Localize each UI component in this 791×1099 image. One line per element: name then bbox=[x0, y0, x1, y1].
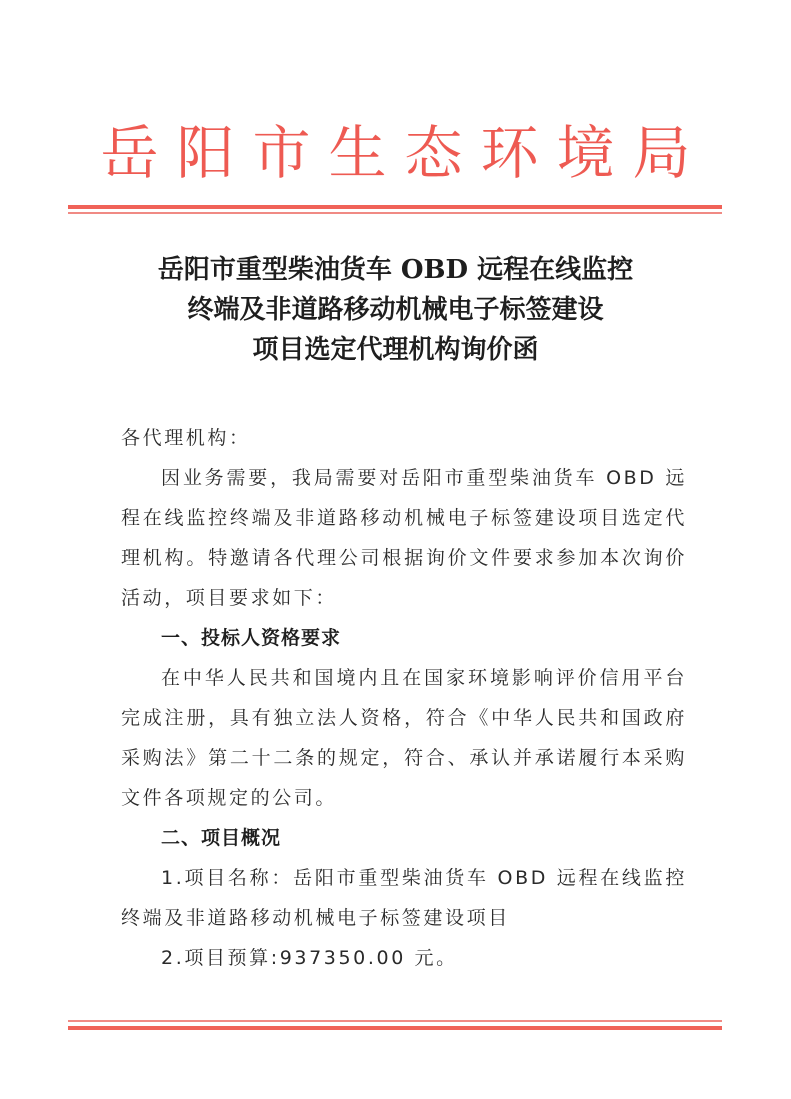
salutation: 各代理机构： bbox=[121, 418, 687, 458]
intro-paragraph: 因业务需要，我局需要对岳阳市重型柴油货车 OBD 远程在线监控终端及非道路移动机… bbox=[121, 458, 687, 618]
letterhead-rule-thick bbox=[68, 205, 722, 209]
project-budget-paragraph: 2.项目预算:937350.00 元。 bbox=[121, 938, 687, 978]
document-title-line-1: 岳阳市重型柴油货车 OBD 远程在线监控 bbox=[0, 250, 791, 290]
qualifications-paragraph: 在中华人民共和国境内且在国家环境影响评价信用平台完成注册，具有独立法人资格，符合… bbox=[121, 658, 687, 818]
document-title-line-3: 项目选定代理机构询价函 bbox=[0, 330, 791, 370]
section-heading-overview: 二、项目概况 bbox=[121, 818, 687, 858]
footer-rule-thick bbox=[68, 1026, 722, 1030]
letterhead-org-name: 岳阳市生态环境局 bbox=[0, 118, 791, 188]
letterhead-rule-thin bbox=[68, 212, 722, 214]
footer-rule-thin bbox=[68, 1020, 722, 1022]
document-body: 各代理机构： 因业务需要，我局需要对岳阳市重型柴油货车 OBD 远程在线监控终端… bbox=[121, 418, 687, 978]
document-title-line-2: 终端及非道路移动机械电子标签建设 bbox=[0, 290, 791, 330]
document-title: 岳阳市重型柴油货车 OBD 远程在线监控 终端及非道路移动机械电子标签建设 项目… bbox=[0, 250, 791, 370]
project-name-paragraph: 1.项目名称：岳阳市重型柴油货车 OBD 远程在线监控终端及非道路移动机械电子标… bbox=[121, 858, 687, 938]
section-heading-qualifications: 一、投标人资格要求 bbox=[121, 618, 687, 658]
document-page: 岳阳市生态环境局 岳阳市重型柴油货车 OBD 远程在线监控 终端及非道路移动机械… bbox=[0, 0, 791, 1099]
